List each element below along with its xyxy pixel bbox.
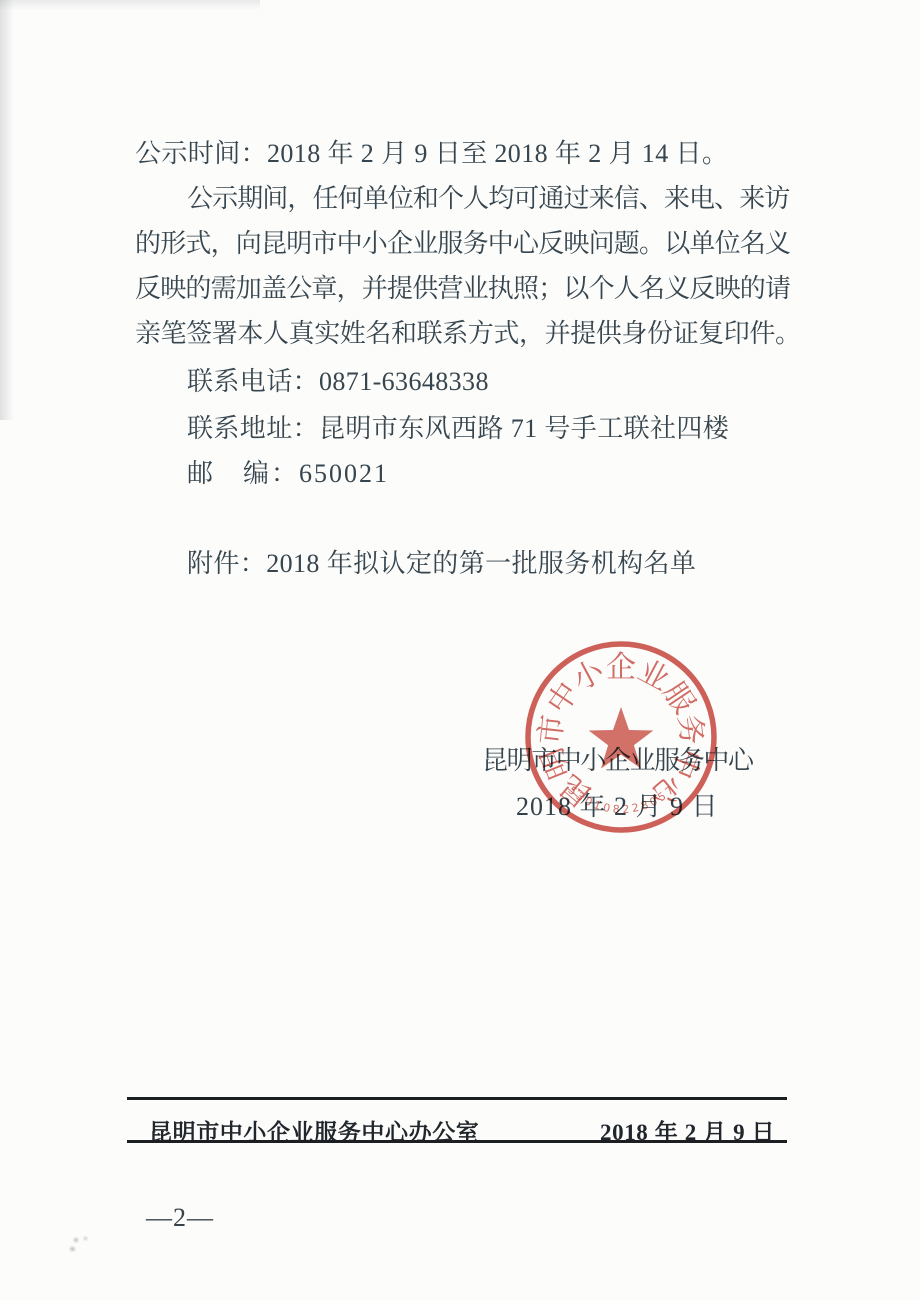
seal-arc-char: 小 [567, 654, 610, 698]
scan-artifact [84, 1237, 87, 1240]
line-paragraph-3: 反映的需加盖公章，并提供营业执照；以个人名义反映的请 [135, 268, 790, 305]
scan-artifact [74, 1238, 78, 1242]
scan-edge-shade [0, 0, 14, 420]
line-paragraph-4: 亲笔签署本人真实姓名和联系方式，并提供身份证复印件。 [135, 313, 801, 350]
seal-arc-char: 业 [633, 654, 675, 697]
contact-address-line: 联系地址：昆明市东风西路 71 号手工联社四楼 [187, 408, 729, 445]
footer-top-rule [127, 1097, 787, 1100]
scan-artifact [70, 1247, 75, 1251]
footer-bottom-rule [127, 1140, 787, 1143]
scanned-document-page: 公示时间：2018 年 2 月 9 日至 2018 年 2 月 14 日。 公示… [0, 0, 920, 1300]
signature-date: 2018 年 2 月 9 日 [516, 786, 719, 823]
page-number: —2— [146, 1203, 214, 1233]
attachment-line: 附件：2018 年拟认定的第一批服务机构名单 [187, 543, 696, 580]
seal-arc-char: 服 [657, 676, 701, 719]
seal-arc-char: 中 [541, 676, 585, 719]
contact-phone-line: 联系电话：0871-63648338 [187, 361, 489, 398]
scan-edge-shade [0, 0, 260, 10]
seal-arc-char: 企 [606, 651, 636, 684]
postal-code-line: 邮 编：650021 [187, 453, 389, 490]
line-public-notice-time: 公示时间：2018 年 2 月 9 日至 2018 年 2 月 14 日。 [135, 133, 728, 170]
signature-org: 昆明市中小企业服务中心 [482, 740, 753, 777]
line-paragraph-2: 的形式，向昆明市中小企业服务中心反映问题。以单位名义 [135, 223, 790, 260]
line-paragraph-1: 公示期间，任何单位和个人均可通过来信、来电、来访 [187, 178, 789, 215]
